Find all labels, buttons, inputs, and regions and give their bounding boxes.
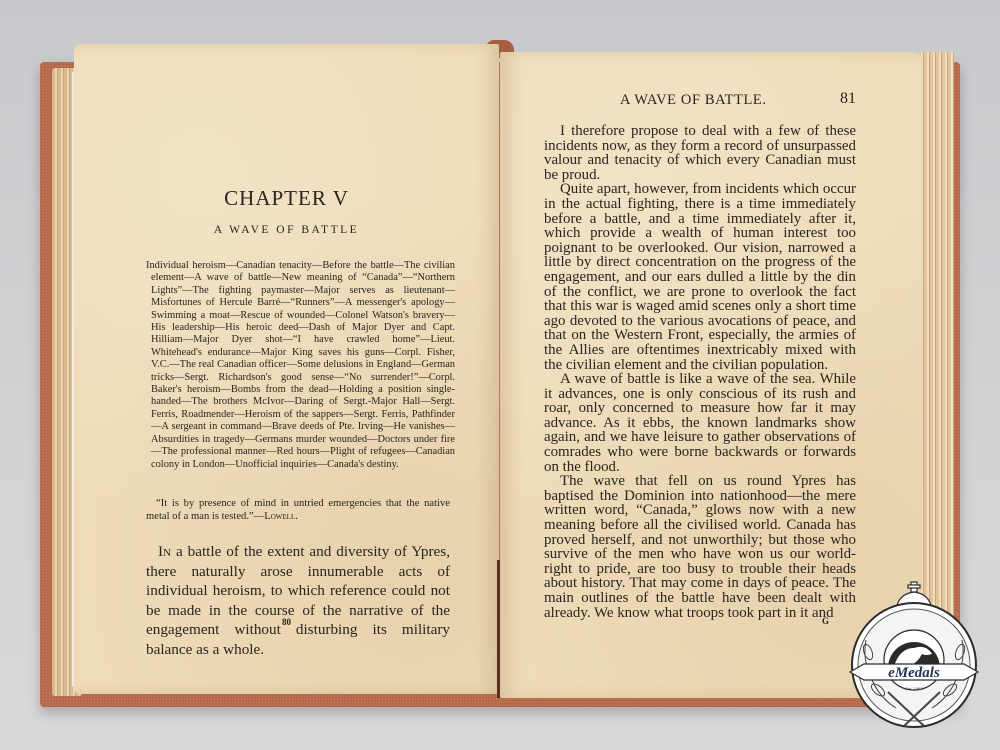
- running-head: A WAVE OF BATTLE.: [620, 92, 767, 109]
- epigraph-attribution: Lowell.: [264, 511, 298, 522]
- epigraph: “It is by presence of mind in untried em…: [146, 497, 450, 523]
- opening-text: a battle of the extent and diversity of …: [146, 543, 450, 658]
- brand-text: eMedals: [888, 665, 940, 681]
- emedals-watermark-logo: eMedals Est. 1997: [844, 580, 984, 740]
- opening-word: In: [158, 543, 171, 560]
- svg-text:Est. 1997: Est. 1997: [906, 686, 924, 691]
- paragraph: Quite apart, however, from incidents whi…: [544, 182, 856, 372]
- right-page-body: I therefore propose to deal with a few o…: [544, 124, 856, 620]
- page-number-left: 80: [74, 617, 499, 627]
- paragraph: I therefore propose to deal with a few o…: [544, 124, 856, 182]
- left-page: CHAPTER V A WAVE OF BATTLE Individual he…: [74, 44, 499, 694]
- chapter-subtitle: A WAVE OF BATTLE: [74, 224, 499, 236]
- chapter-synopsis: Individual heroism—Canadian tenacity—Bef…: [146, 260, 455, 471]
- chapter-title: CHAPTER V: [74, 186, 499, 211]
- epigraph-quote: “It is by presence of mind in untried em…: [146, 498, 450, 522]
- page-number-right: 81: [840, 90, 856, 108]
- signature-mark: G: [822, 616, 829, 626]
- book-gutter: [497, 560, 500, 698]
- paragraph: The wave that fell on us round Ypres has…: [544, 474, 856, 620]
- opening-paragraph: In a battle of the extent and diversity …: [146, 542, 450, 660]
- emedals-badge-icon: eMedals Est. 1997: [844, 580, 984, 740]
- paragraph: A wave of battle is like a wave of the s…: [544, 372, 856, 474]
